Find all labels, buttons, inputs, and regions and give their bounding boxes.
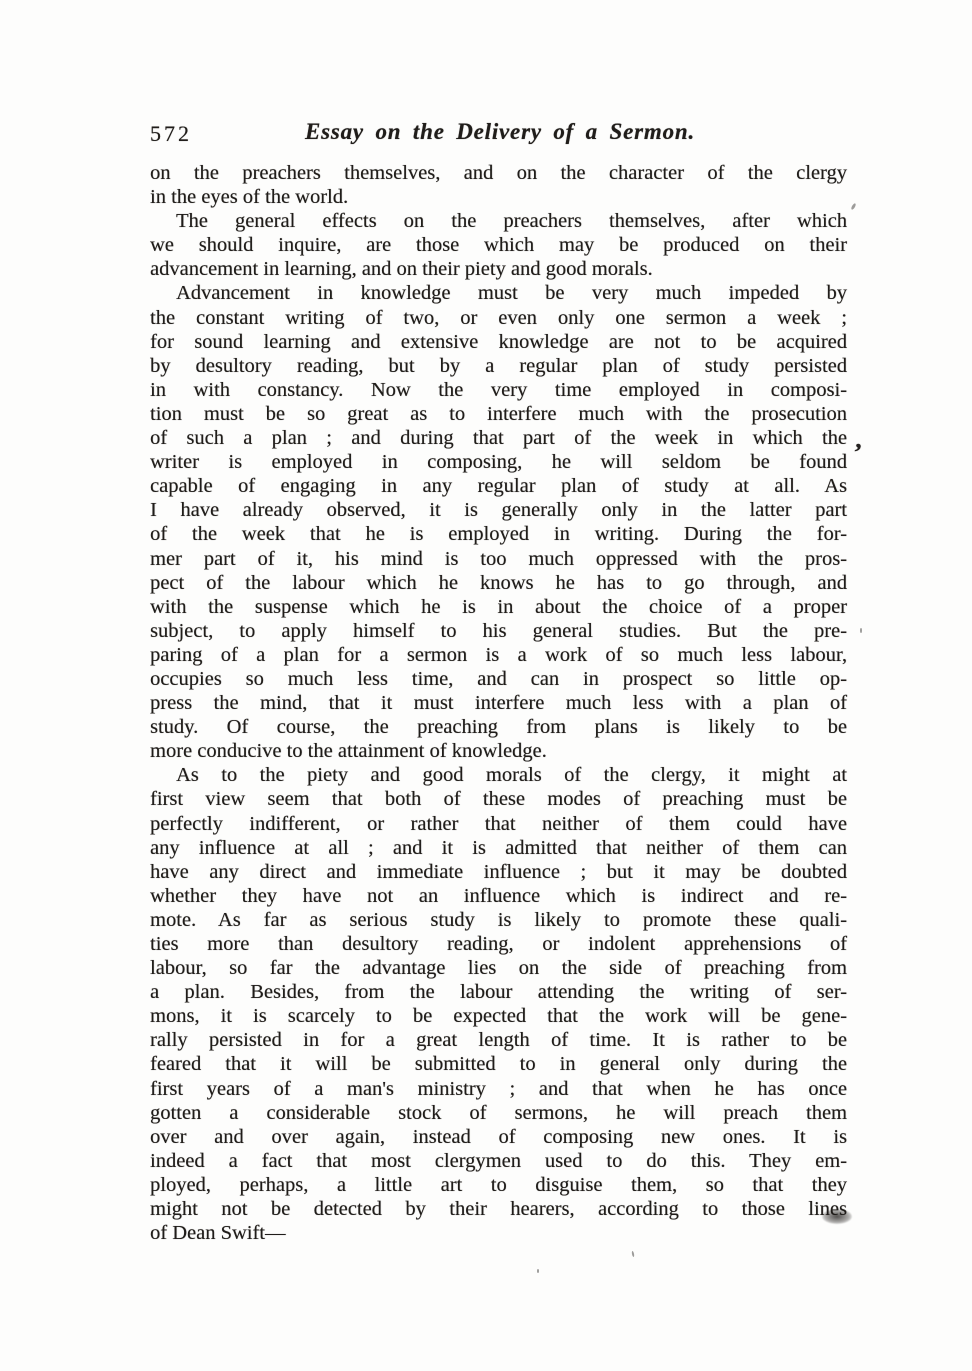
text-line: press the mind, that it must interfere m…	[150, 691, 847, 715]
scan-speck	[860, 628, 862, 633]
book-page: 572 Essay on the Delivery of a Sermon. o…	[0, 0, 972, 1371]
text-line: whether they have not an influence which…	[150, 884, 847, 908]
text-line: first years of a man's ministry ; and th…	[150, 1077, 847, 1101]
text-line: advancement in learning, and on their pi…	[150, 257, 847, 281]
text-line: mer part of it, his mind is too much opp…	[150, 547, 847, 571]
text-line: As to the piety and good morals of the c…	[150, 763, 847, 787]
text-line: in with constancy. Now the very time emp…	[150, 378, 847, 402]
scan-speck	[631, 1251, 634, 1257]
text-line: mote. As far as serious study is likely …	[150, 908, 847, 932]
text-line: any influence at all ; and it is admitte…	[150, 836, 847, 860]
text-line: indeed a fact that most clergymen used t…	[150, 1149, 847, 1173]
text-line: on the preachers themselves, and on the …	[150, 161, 847, 185]
ink-smudge	[822, 1209, 852, 1224]
text-line: ployed, perhaps, a little art to disguis…	[150, 1173, 847, 1197]
text-line: mons, it is scarcely to be expected that…	[150, 1004, 847, 1028]
text-line: perfectly indifferent, or rather that ne…	[150, 812, 847, 836]
text-line: capable of engaging in any regular plan …	[150, 474, 847, 498]
text-line: I have already observed, it is generally…	[150, 498, 847, 522]
text-line: by desultory reading, but by a regular p…	[150, 354, 847, 378]
text-line: rally persisted in for a great length of…	[150, 1028, 847, 1052]
text-line: The general effects on the preachers the…	[150, 209, 847, 233]
text-line: ties more than desultory reading, or ind…	[150, 932, 847, 956]
text-line: occupies so much less time, and can in p…	[150, 667, 847, 691]
text-line: of the week that he is employed in writi…	[150, 522, 847, 546]
text-line: subject, to apply himself to his general…	[150, 619, 847, 643]
stray-ink-mark: ’	[851, 438, 864, 469]
text-line: we should inquire, are those which may b…	[150, 233, 847, 257]
text-line: Advancement in knowledge must be very mu…	[150, 281, 847, 305]
scan-speck	[537, 1269, 539, 1273]
text-line: have any direct and immediate influence …	[150, 860, 847, 884]
text-line: gotten a considerable stock of sermons, …	[150, 1101, 847, 1125]
text-line: in the eyes of the world.	[150, 185, 847, 209]
text-line: for sound learning and extensive knowled…	[150, 330, 847, 354]
text-line: might not be detected by their hearers, …	[150, 1197, 847, 1221]
text-line: study. Of course, the preaching from pla…	[150, 715, 847, 739]
text-line: more conducive to the attainment of know…	[150, 739, 847, 763]
text-line: a plan. Besides, from the labour attendi…	[150, 980, 847, 1004]
page-body: on the preachers themselves, and on the …	[150, 161, 847, 1245]
text-line: writer is employed in composing, he will…	[150, 450, 847, 474]
text-line: the constant writing of two, or even onl…	[150, 306, 847, 330]
text-line: paring of a plan for a sermon is a work …	[150, 643, 847, 667]
text-line: feared that it will be submitted to in g…	[150, 1052, 847, 1076]
text-line: of such a plan ; and during that part of…	[150, 426, 847, 450]
text-line: of Dean Swift—	[150, 1221, 847, 1245]
page-header: 572 Essay on the Delivery of a Sermon.	[150, 119, 850, 151]
text-line: pect of the labour which he knows he has…	[150, 571, 847, 595]
text-line: first view seem that both of these modes…	[150, 787, 847, 811]
text-line: labour, so far the advantage lies on the…	[150, 956, 847, 980]
running-title: Essay on the Delivery of a Sermon.	[150, 119, 850, 145]
scan-speck	[850, 203, 856, 211]
text-line: tion must be so great as to interfere mu…	[150, 402, 847, 426]
text-line: over and over again, instead of composin…	[150, 1125, 847, 1149]
text-line: with the suspense which he is in about t…	[150, 595, 847, 619]
